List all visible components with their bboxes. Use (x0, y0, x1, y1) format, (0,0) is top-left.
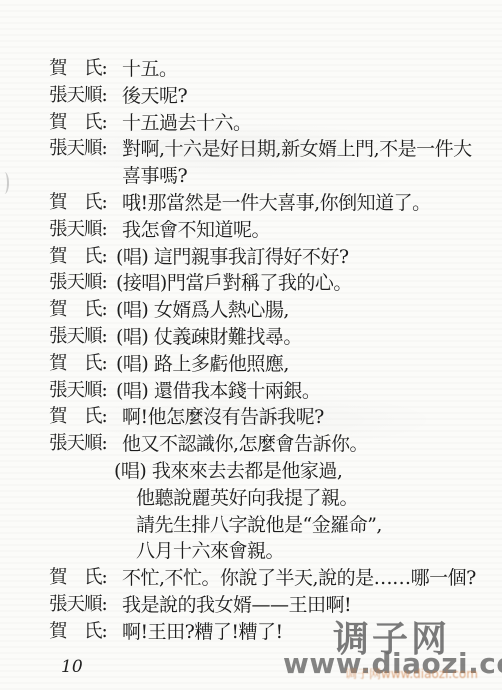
speaker-name: 張天順: (49, 270, 122, 297)
dialogue-line: (唱) 這門親事我訂得好不好? (116, 244, 494, 271)
dialogue-text: (唱) 女婿爲人熱心腸, (116, 297, 494, 324)
dialogue-line: 我怎會不知道呢。 (122, 217, 494, 244)
dialogue-row: 賀 氏: 十五。 (49, 56, 494, 83)
watermark-overlay-text: 调子网www.diaozi.com (345, 665, 478, 682)
dialogue-text: 十五。 (122, 56, 494, 83)
dialogue-line: 喜事嗎? (122, 163, 494, 190)
dialogue-line: 對啊,十六是好日期,新女婿上門,不是一件大 (122, 136, 494, 163)
speaker-name: 賀 氏: (49, 190, 122, 217)
dialogue-line: 哦!那當然是一件大喜事,你倒知道了。 (122, 190, 494, 217)
dialogue-line: 他又不認識你,怎麼會告訴你。 (122, 431, 494, 458)
dialogue-text: 十五過去十六。 (122, 110, 494, 137)
speaker-name: 張天順: (49, 378, 122, 405)
speaker-name: 張天順: (49, 217, 122, 244)
speaker-name: 賀 氏: (49, 297, 122, 324)
speaker-name: 賀 氏: (49, 619, 122, 646)
dialogue-row: 張天順: 對啊,十六是好日期,新女婿上門,不是一件大 喜事嗎? (49, 136, 494, 190)
dialogue-row: 賀 氏: 十五過去十六。 (49, 110, 494, 137)
dialogue-row: 賀 氏: 哦!那當然是一件大喜事,你倒知道了。 (49, 190, 494, 217)
dialogue-text: 不忙,不忙。你說了半天,說的是……哪一個? (122, 565, 494, 592)
dialogue-text: 他又不認識你,怎麼會告訴你。 (唱) 我來來去去都是他家過, 他聽說麗英好向我提… (122, 431, 494, 565)
dialogue-row: 張天順: (唱) 還借我本錢十兩銀。 (49, 378, 494, 405)
page-number: 10 (61, 657, 83, 677)
dialogue-line: (接唱)門當戶對稱了我的心。 (116, 270, 494, 297)
dialogue-text: (唱) 路上多虧他照應, (116, 351, 494, 378)
verse-line: 八月十六來會親。 (122, 538, 494, 565)
speaker-name: 張天順: (49, 83, 122, 110)
dialogue-line: 十五過去十六。 (122, 110, 494, 137)
speaker-name: 張天順: (49, 431, 122, 458)
dialogue-row: 張天順: 後天呢? (49, 83, 494, 110)
dialogue-text: (唱) 這門親事我訂得好不好? (116, 244, 494, 271)
dialogue-line: (唱) 還借我本錢十兩銀。 (116, 378, 494, 405)
dialogue-line: 啊!他怎麼沒有告訴我呢? (122, 404, 494, 431)
speaker-name: 賀 氏: (49, 404, 122, 431)
speaker-name: 張天順: (49, 592, 122, 619)
dialogue-text: 哦!那當然是一件大喜事,你倒知道了。 (122, 190, 494, 217)
scan-artifact (0, 172, 9, 194)
dialogue-text: 後天呢? (122, 83, 494, 110)
dialogue-row: 賀 氏: 啊!他怎麼沒有告訴我呢? (49, 404, 494, 431)
dialogue-text: 對啊,十六是好日期,新女婿上門,不是一件大 喜事嗎? (122, 136, 494, 190)
dialogue-row: 賀 氏: (唱) 路上多虧他照應, (49, 351, 494, 378)
dialogue-line: 後天呢? (122, 83, 494, 110)
speaker-name: 賀 氏: (49, 244, 122, 271)
dialogue-line: 十五。 (122, 56, 494, 83)
dialogue-row: 張天順: (接唱)門當戶對稱了我的心。 (49, 270, 494, 297)
dialogue-row: 張天順: 他又不認識你,怎麼會告訴你。 (唱) 我來來去去都是他家過, 他聽說麗… (49, 431, 494, 565)
verse-line: (唱) 我來來去去都是他家過, (114, 458, 494, 485)
dialogue-text: 啊!他怎麼沒有告訴我呢? (122, 404, 494, 431)
dialogue-text: (接唱)門當戶對稱了我的心。 (116, 270, 494, 297)
speaker-name: 賀 氏: (49, 351, 122, 378)
dialogue-row: 賀 氏: (唱) 這門親事我訂得好不好? (49, 244, 494, 271)
dialogue-line: (唱) 仗義疎財難找尋。 (116, 324, 494, 351)
speaker-name: 張天順: (49, 324, 122, 351)
verse-line: 他聽說麗英好向我提了親。 (122, 485, 494, 512)
dialogue-line: 不忙,不忙。你說了半天,說的是……哪一個? (122, 565, 494, 592)
dialogue-text: (唱) 仗義疎財難找尋。 (116, 324, 494, 351)
speaker-name: 張天順: (49, 136, 122, 163)
dialogue-row: 張天順: 我怎會不知道呢。 (49, 217, 494, 244)
speaker-name: 賀 氏: (49, 565, 122, 592)
dialogue-text: (唱) 還借我本錢十兩銀。 (116, 378, 494, 405)
dialogue-line: (唱) 女婿爲人熱心腸, (116, 297, 494, 324)
dialogue-content: 賀 氏: 十五。 張天順: 後天呢? 賀 氏: 十五過去十六。 張天順: 對啊,… (49, 56, 494, 646)
verse-line: 請先生排八字說他是“金羅命”, (122, 512, 494, 539)
scanned-script-page: 賀 氏: 十五。 張天順: 後天呢? 賀 氏: 十五過去十六。 張天順: 對啊,… (0, 0, 502, 690)
dialogue-row: 賀 氏: 不忙,不忙。你說了半天,說的是……哪一個? (49, 565, 494, 592)
speaker-name: 賀 氏: (49, 110, 122, 137)
speaker-name: 賀 氏: (49, 56, 122, 83)
dialogue-row: 賀 氏: (唱) 女婿爲人熱心腸, (49, 297, 494, 324)
dialogue-text: 我怎會不知道呢。 (122, 217, 494, 244)
dialogue-line: (唱) 路上多虧他照應, (116, 351, 494, 378)
dialogue-row: 張天順: (唱) 仗義疎財難找尋。 (49, 324, 494, 351)
